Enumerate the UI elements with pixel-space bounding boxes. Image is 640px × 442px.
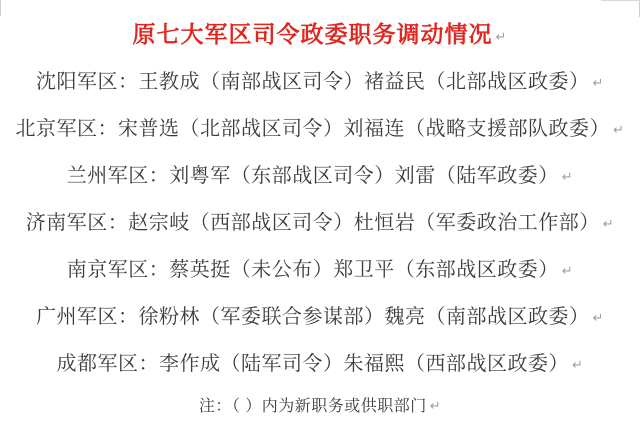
assignment-line-lanzhou: 兰州军区：刘粤军（东部战区司令）刘雷（陆军政委）↵ — [0, 162, 640, 190]
assignment-line-text: 成都军区：李作成（陆军司令）朱福熙（西部战区政委） — [57, 353, 570, 375]
text-boundary-mark-top-right — [601, 0, 640, 17]
paragraph-return-mark: ↵ — [430, 394, 441, 418]
assignment-line-text: 南京军区：蔡英挺（未公布）郑卫平（东部战区政委） — [67, 259, 559, 281]
paragraph-return-mark: ↵ — [562, 257, 573, 285]
document-page: 原七大军区司令政委职务调动情况↵ 沈阳军区：王教成（南部战区司令）褚益民（北部战… — [0, 0, 640, 442]
paragraph-return-mark: ↵ — [613, 116, 624, 144]
paragraph-return-mark: ↵ — [593, 304, 604, 332]
assignment-line-jinan: 济南军区：赵宗岐（西部战区司令）杜恒岩（军委政治工作部）↵ — [0, 209, 640, 237]
assignment-line-nanjing: 南京军区：蔡英挺（未公布）郑卫平（东部战区政委）↵ — [0, 256, 640, 284]
assignment-line-text: 沈阳军区：王教成（南部战区司令）褚益民（北部战区政委） — [36, 71, 590, 93]
page-title: 原七大军区司令政委职务调动情况↵ — [0, 0, 640, 49]
paragraph-return-mark: ↵ — [593, 69, 604, 97]
text-boundary-mark-top-left — [0, 0, 15, 16]
paragraph-return-mark: ↵ — [562, 163, 573, 191]
paragraph-return-mark: ↵ — [496, 22, 508, 52]
assignment-line-text: 济南军区：赵宗岐（西部战区司令）杜恒岩（军委政治工作部） — [26, 212, 600, 234]
assignment-line-guangzhou: 广州军区：徐粉林（军委联合参谋部）魏亮（南部战区政委）↵ — [0, 303, 640, 331]
footnote-text: 注：（ ）内为新职务或供职部门 — [199, 398, 427, 415]
assignment-line-text: 兰州军区：刘粤军（东部战区司令）刘雷（陆军政委） — [67, 165, 559, 187]
paragraph-return-mark: ↵ — [572, 351, 583, 379]
footnote: 注：（ ）内为新职务或供职部门↵ — [0, 395, 640, 419]
paragraph-return-mark: ↵ — [603, 210, 614, 238]
assignment-line-text: 北京军区：宋普选（北部战区司令）刘福连（战略支援部队政委） — [16, 118, 611, 140]
assignment-line-chengdu: 成都军区：李作成（陆军司令）朱福熙（西部战区政委）↵ — [0, 350, 640, 378]
assignment-line-beijing: 北京军区：宋普选（北部战区司令）刘福连（战略支援部队政委）↵ — [0, 115, 640, 143]
assignment-line-shenyang: 沈阳军区：王教成（南部战区司令）褚益民（北部战区政委）↵ — [0, 68, 640, 96]
page-title-text: 原七大军区司令政委职务调动情况 — [133, 21, 493, 47]
assignment-line-text: 广州军区：徐粉林（军委联合参谋部）魏亮（南部战区政委） — [36, 306, 590, 328]
